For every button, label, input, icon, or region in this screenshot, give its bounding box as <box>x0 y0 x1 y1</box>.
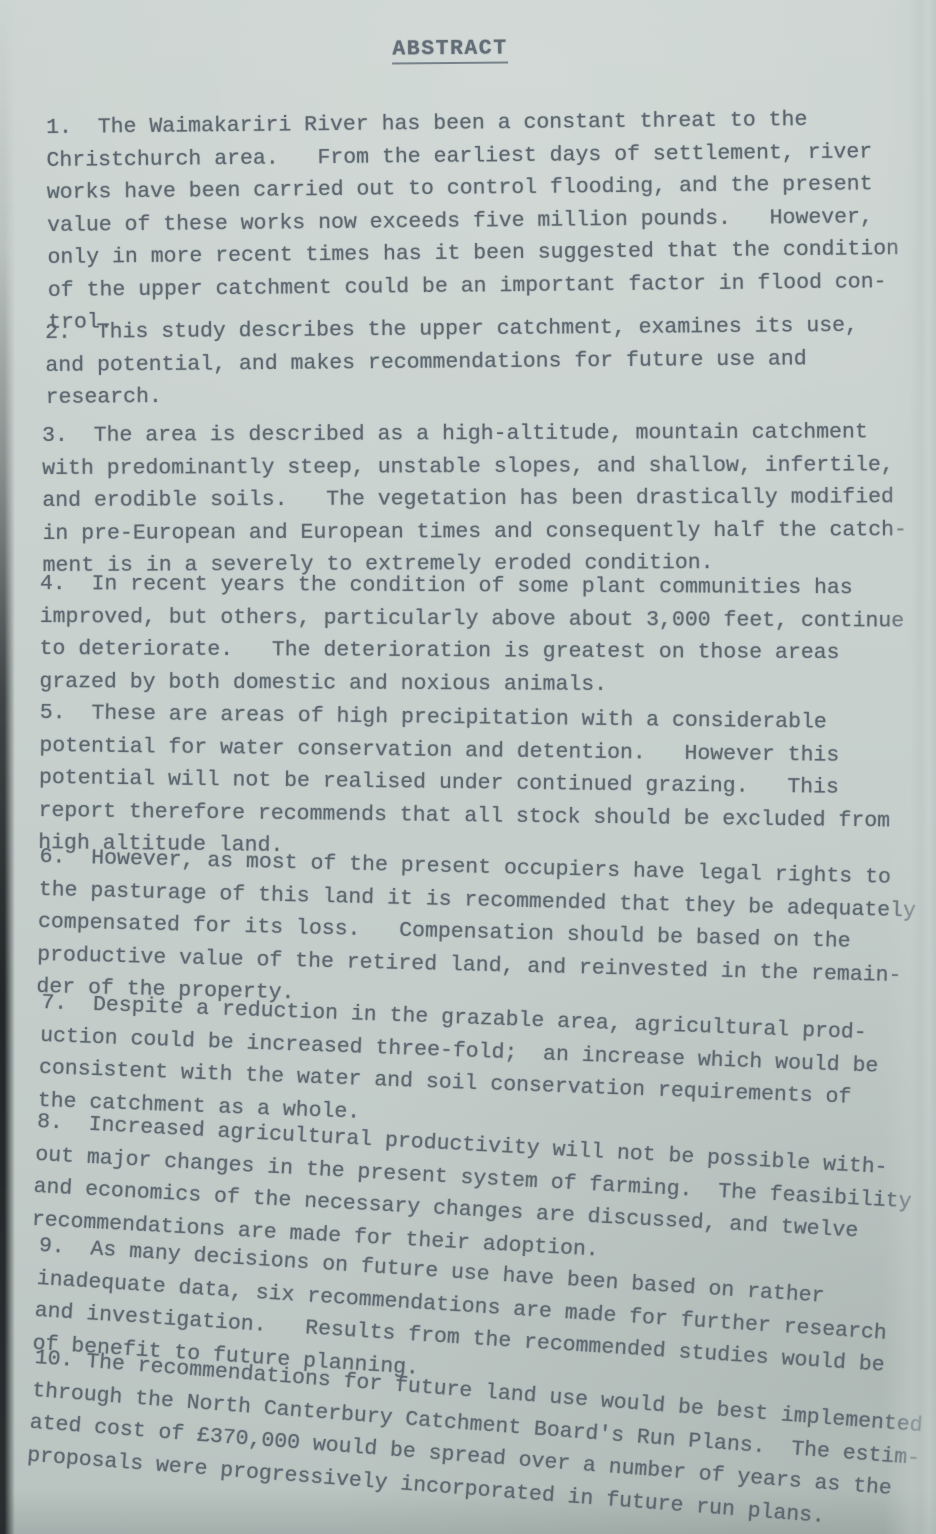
abstract-title: ABSTRACT <box>0 33 918 65</box>
abstract-title-text: ABSTRACT <box>392 36 507 64</box>
paragraph-4: 4. In recent years the condition of some… <box>39 568 936 703</box>
page-gutter-shadow <box>0 0 15 1534</box>
document-page: ABSTRACT 1. The Waimakariri River has be… <box>0 0 936 1534</box>
paragraph-1: 1. The Waimakariri River has been a cons… <box>46 103 936 340</box>
paragraph-2: 2. This study describes the upper catchm… <box>45 309 936 414</box>
paragraph-3: 3. The area is described as a high-altit… <box>42 416 936 582</box>
